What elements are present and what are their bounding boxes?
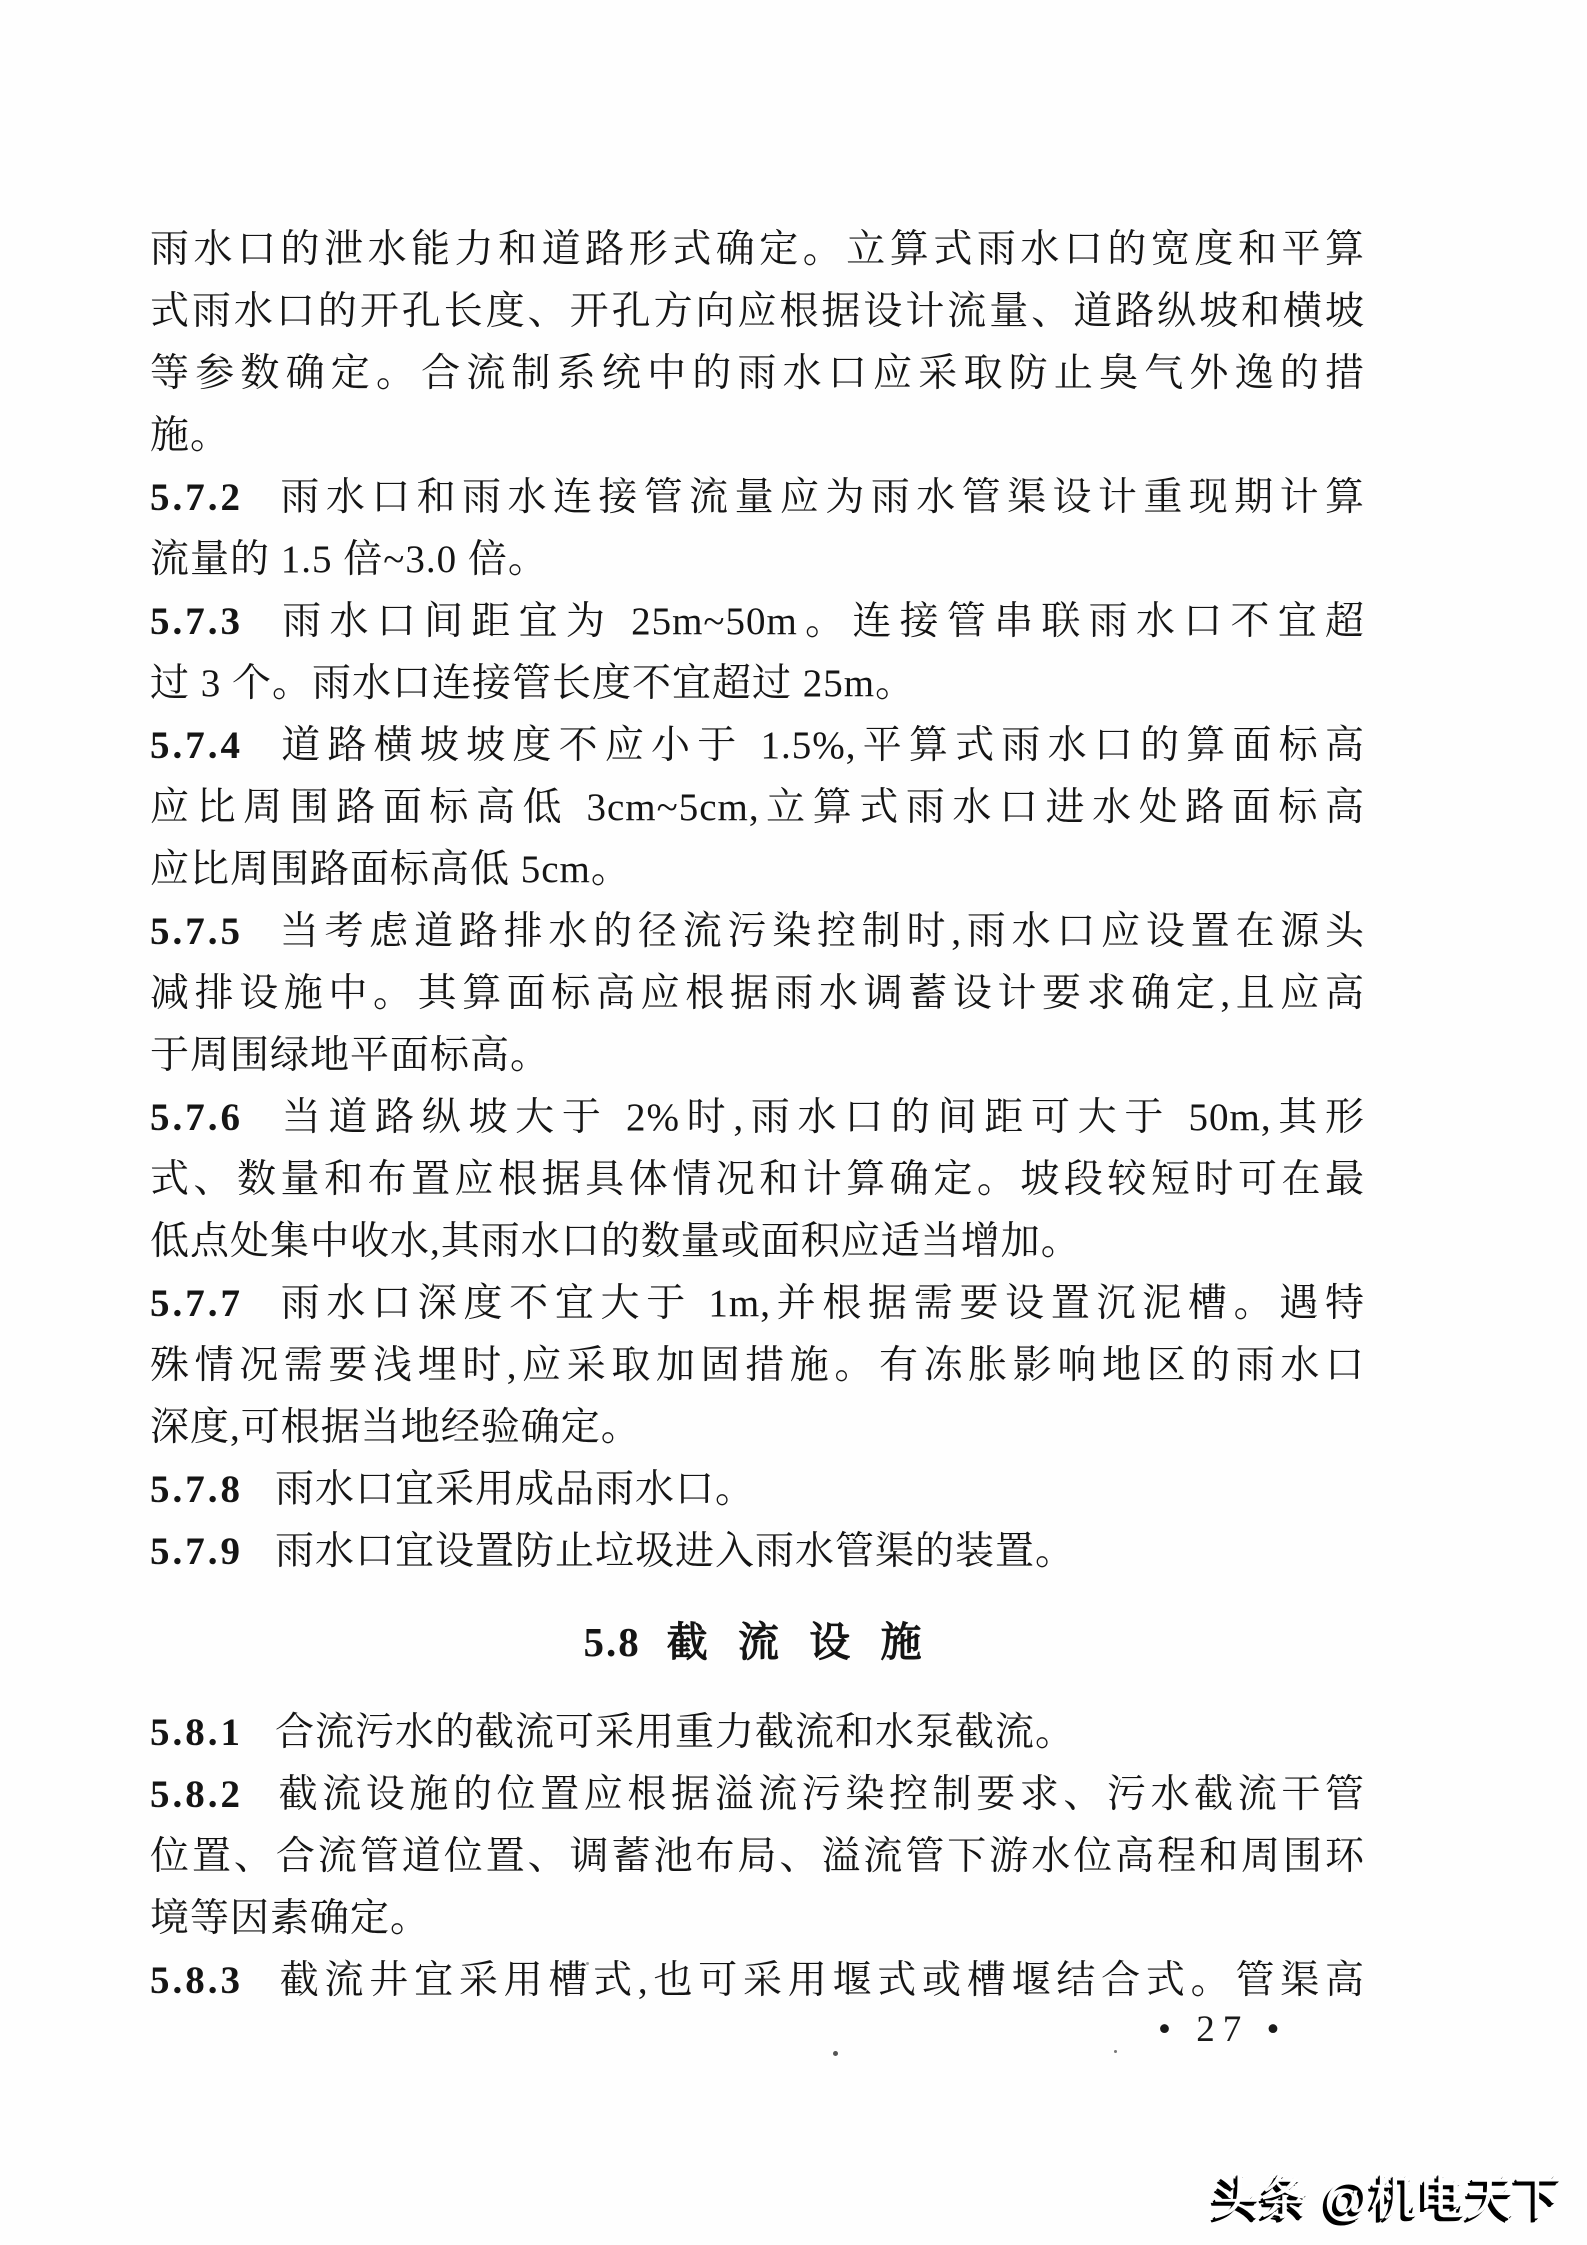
text-line: 5.8.3截流井宜采用槽式,也可采用堰式或槽堰结合式。管渠高 (150, 1950, 1365, 2012)
line-text: 合流污水的截流可采用重力截流和水泵截流。 (275, 1711, 1075, 1754)
text-line: 5.8.2截流设施的位置应根据溢流污染控制要求、污水截流干管 (150, 1764, 1365, 1826)
clause-number: 5.8.1 (150, 1711, 243, 1754)
text-line: 于周围绿地平面标高。 (150, 1025, 1365, 1087)
line-text: 雨水口和雨水连接管流量应为雨水管渠设计重现期计算 (275, 476, 1365, 519)
clause-number: 5.7.7 (150, 1282, 243, 1325)
text-line: 减排设施中。其算面标高应根据雨水调蓄设计要求确定,且应高 (150, 963, 1365, 1025)
scan-speck (586, 1962, 589, 1965)
clause-number: 5.7.6 (150, 1096, 243, 1139)
line-text: 流量的 1.5 倍~3.0 倍。 (150, 538, 548, 581)
line-text: 雨水口间距宜为 25m~50m。连接管串联雨水口不宜超 (275, 600, 1365, 643)
line-text: 等参数确定。合流制系统中的雨水口应采取防止臭气外逸的措 (150, 352, 1365, 395)
line-text: 施。 (150, 414, 230, 457)
clause-number: 5.7.3 (150, 600, 243, 643)
line-text: 截流井宜采用槽式,也可采用堰式或槽堰结合式。管渠高 (275, 1959, 1365, 2002)
line-text: 位置、合流管道位置、调蓄池布局、溢流管下游水位高程和周围环 (150, 1835, 1365, 1878)
line-text: 应比周围路面标高低 3cm~5cm,立算式雨水口进水处路面标高 (150, 786, 1365, 829)
text-line: 5.7.7雨水口深度不宜大于 1m,并根据需要设置沉泥槽。遇特 (150, 1273, 1365, 1335)
text-line: 5.8.1合流污水的截流可采用重力截流和水泵截流。 (150, 1702, 1365, 1764)
scan-speck (833, 2051, 838, 2056)
text-line: 5.7.4道路横坡坡度不应小于 1.5%,平算式雨水口的算面标高 (150, 715, 1365, 777)
text-line: 施。 (150, 405, 1365, 467)
text-line: 流量的 1.5 倍~3.0 倍。 (150, 529, 1365, 591)
line-text: 雨水口深度不宜大于 1m,并根据需要设置沉泥槽。遇特 (275, 1282, 1365, 1325)
text-line: 深度,可根据当地经验确定。 (150, 1397, 1365, 1459)
line-text: 深度,可根据当地经验确定。 (150, 1406, 641, 1449)
line-text: 于周围绿地平面标高。 (150, 1034, 550, 1077)
line-text: 当考虑道路排水的径流污染控制时,雨水口应设置在源头 (275, 910, 1365, 953)
text-line: 应比周围路面标高低 5cm。 (150, 839, 1365, 901)
section-title: 截 流 设 施 (667, 1619, 932, 1665)
clause-number: 5.7.5 (150, 910, 243, 953)
text-line: 式、数量和布置应根据具体情况和计算确定。坡段较短时可在最 (150, 1149, 1365, 1211)
text-line: 低点处集中收水,其雨水口的数量或面积应适当增加。 (150, 1211, 1365, 1273)
text-line: 应比周围路面标高低 3cm~5cm,立算式雨水口进水处路面标高 (150, 777, 1365, 839)
clause-number: 5.7.8 (150, 1468, 243, 1511)
text-line: 5.7.8雨水口宜采用成品雨水口。 (150, 1459, 1365, 1521)
text-line: 5.7.9雨水口宜设置防止垃圾进入雨水管渠的装置。 (150, 1521, 1365, 1583)
scan-speck (1114, 2050, 1117, 2053)
line-text: 过 3 个。雨水口连接管长度不宜超过 25m。 (150, 662, 915, 705)
line-text: 境等因素确定。 (150, 1897, 430, 1940)
line-text: 雨水口宜采用成品雨水口。 (275, 1468, 755, 1511)
line-text: 道路横坡坡度不应小于 1.5%,平算式雨水口的算面标高 (275, 724, 1365, 767)
line-text: 殊情况需要浅埋时,应采取加固措施。有冻胀影响地区的雨水口 (150, 1344, 1365, 1387)
page-number: • 27 • (1158, 2008, 1287, 2052)
text-line: 5.7.3雨水口间距宜为 25m~50m。连接管串联雨水口不宜超 (150, 591, 1365, 653)
clause-number: 5.7.4 (150, 724, 243, 767)
text-line: 等参数确定。合流制系统中的雨水口应采取防止臭气外逸的措 (150, 343, 1365, 405)
text-line: 5.7.6当道路纵坡大于 2%时,雨水口的间距可大于 50m,其形 (150, 1087, 1365, 1149)
line-text: 式雨水口的开孔长度、开孔方向应根据设计流量、道路纵坡和横坡 (150, 290, 1365, 333)
line-text: 截流设施的位置应根据溢流污染控制要求、污水截流干管 (275, 1773, 1365, 1816)
text-line: 雨水口的泄水能力和道路形式确定。立算式雨水口的宽度和平算 (150, 219, 1365, 281)
clause-number: 5.8.2 (150, 1773, 243, 1816)
line-text: 低点处集中收水,其雨水口的数量或面积应适当增加。 (150, 1220, 1081, 1263)
text-line: 5.7.5当考虑道路排水的径流污染控制时,雨水口应设置在源头 (150, 901, 1365, 963)
document-body: 雨水口的泄水能力和道路形式确定。立算式雨水口的宽度和平算 式雨水口的开孔长度、开… (150, 219, 1365, 2012)
line-text: 减排设施中。其算面标高应根据雨水调蓄设计要求确定,且应高 (150, 972, 1365, 1015)
line-text: 应比周围路面标高低 5cm。 (150, 848, 631, 891)
text-line: 5.7.2雨水口和雨水连接管流量应为雨水管渠设计重现期计算 (150, 467, 1365, 529)
line-text: 当道路纵坡大于 2%时,雨水口的间距可大于 50m,其形 (275, 1096, 1365, 1139)
text-line: 殊情况需要浅埋时,应采取加固措施。有冻胀影响地区的雨水口 (150, 1335, 1365, 1397)
text-line: 位置、合流管道位置、调蓄池布局、溢流管下游水位高程和周围环 (150, 1826, 1365, 1888)
text-line: 过 3 个。雨水口连接管长度不宜超过 25m。 (150, 653, 1365, 715)
section-number: 5.8 (584, 1619, 641, 1665)
clause-number: 5.8.3 (150, 1959, 243, 2002)
text-line: 境等因素确定。 (150, 1888, 1365, 1950)
section-heading: 5.8截 流 设 施 (150, 1611, 1365, 1673)
line-text: 式、数量和布置应根据具体情况和计算确定。坡段较短时可在最 (150, 1158, 1365, 1201)
line-text: 雨水口的泄水能力和道路形式确定。立算式雨水口的宽度和平算 (150, 228, 1365, 271)
document-page: 雨水口的泄水能力和道路形式确定。立算式雨水口的宽度和平算 式雨水口的开孔长度、开… (0, 0, 1587, 2245)
watermark: 头条 @机电天下 (1213, 2162, 1563, 2228)
clause-number: 5.7.9 (150, 1530, 243, 1573)
clause-number: 5.7.2 (150, 476, 243, 519)
line-text: 雨水口宜设置防止垃圾进入雨水管渠的装置。 (275, 1530, 1075, 1573)
text-line: 式雨水口的开孔长度、开孔方向应根据设计流量、道路纵坡和横坡 (150, 281, 1365, 343)
